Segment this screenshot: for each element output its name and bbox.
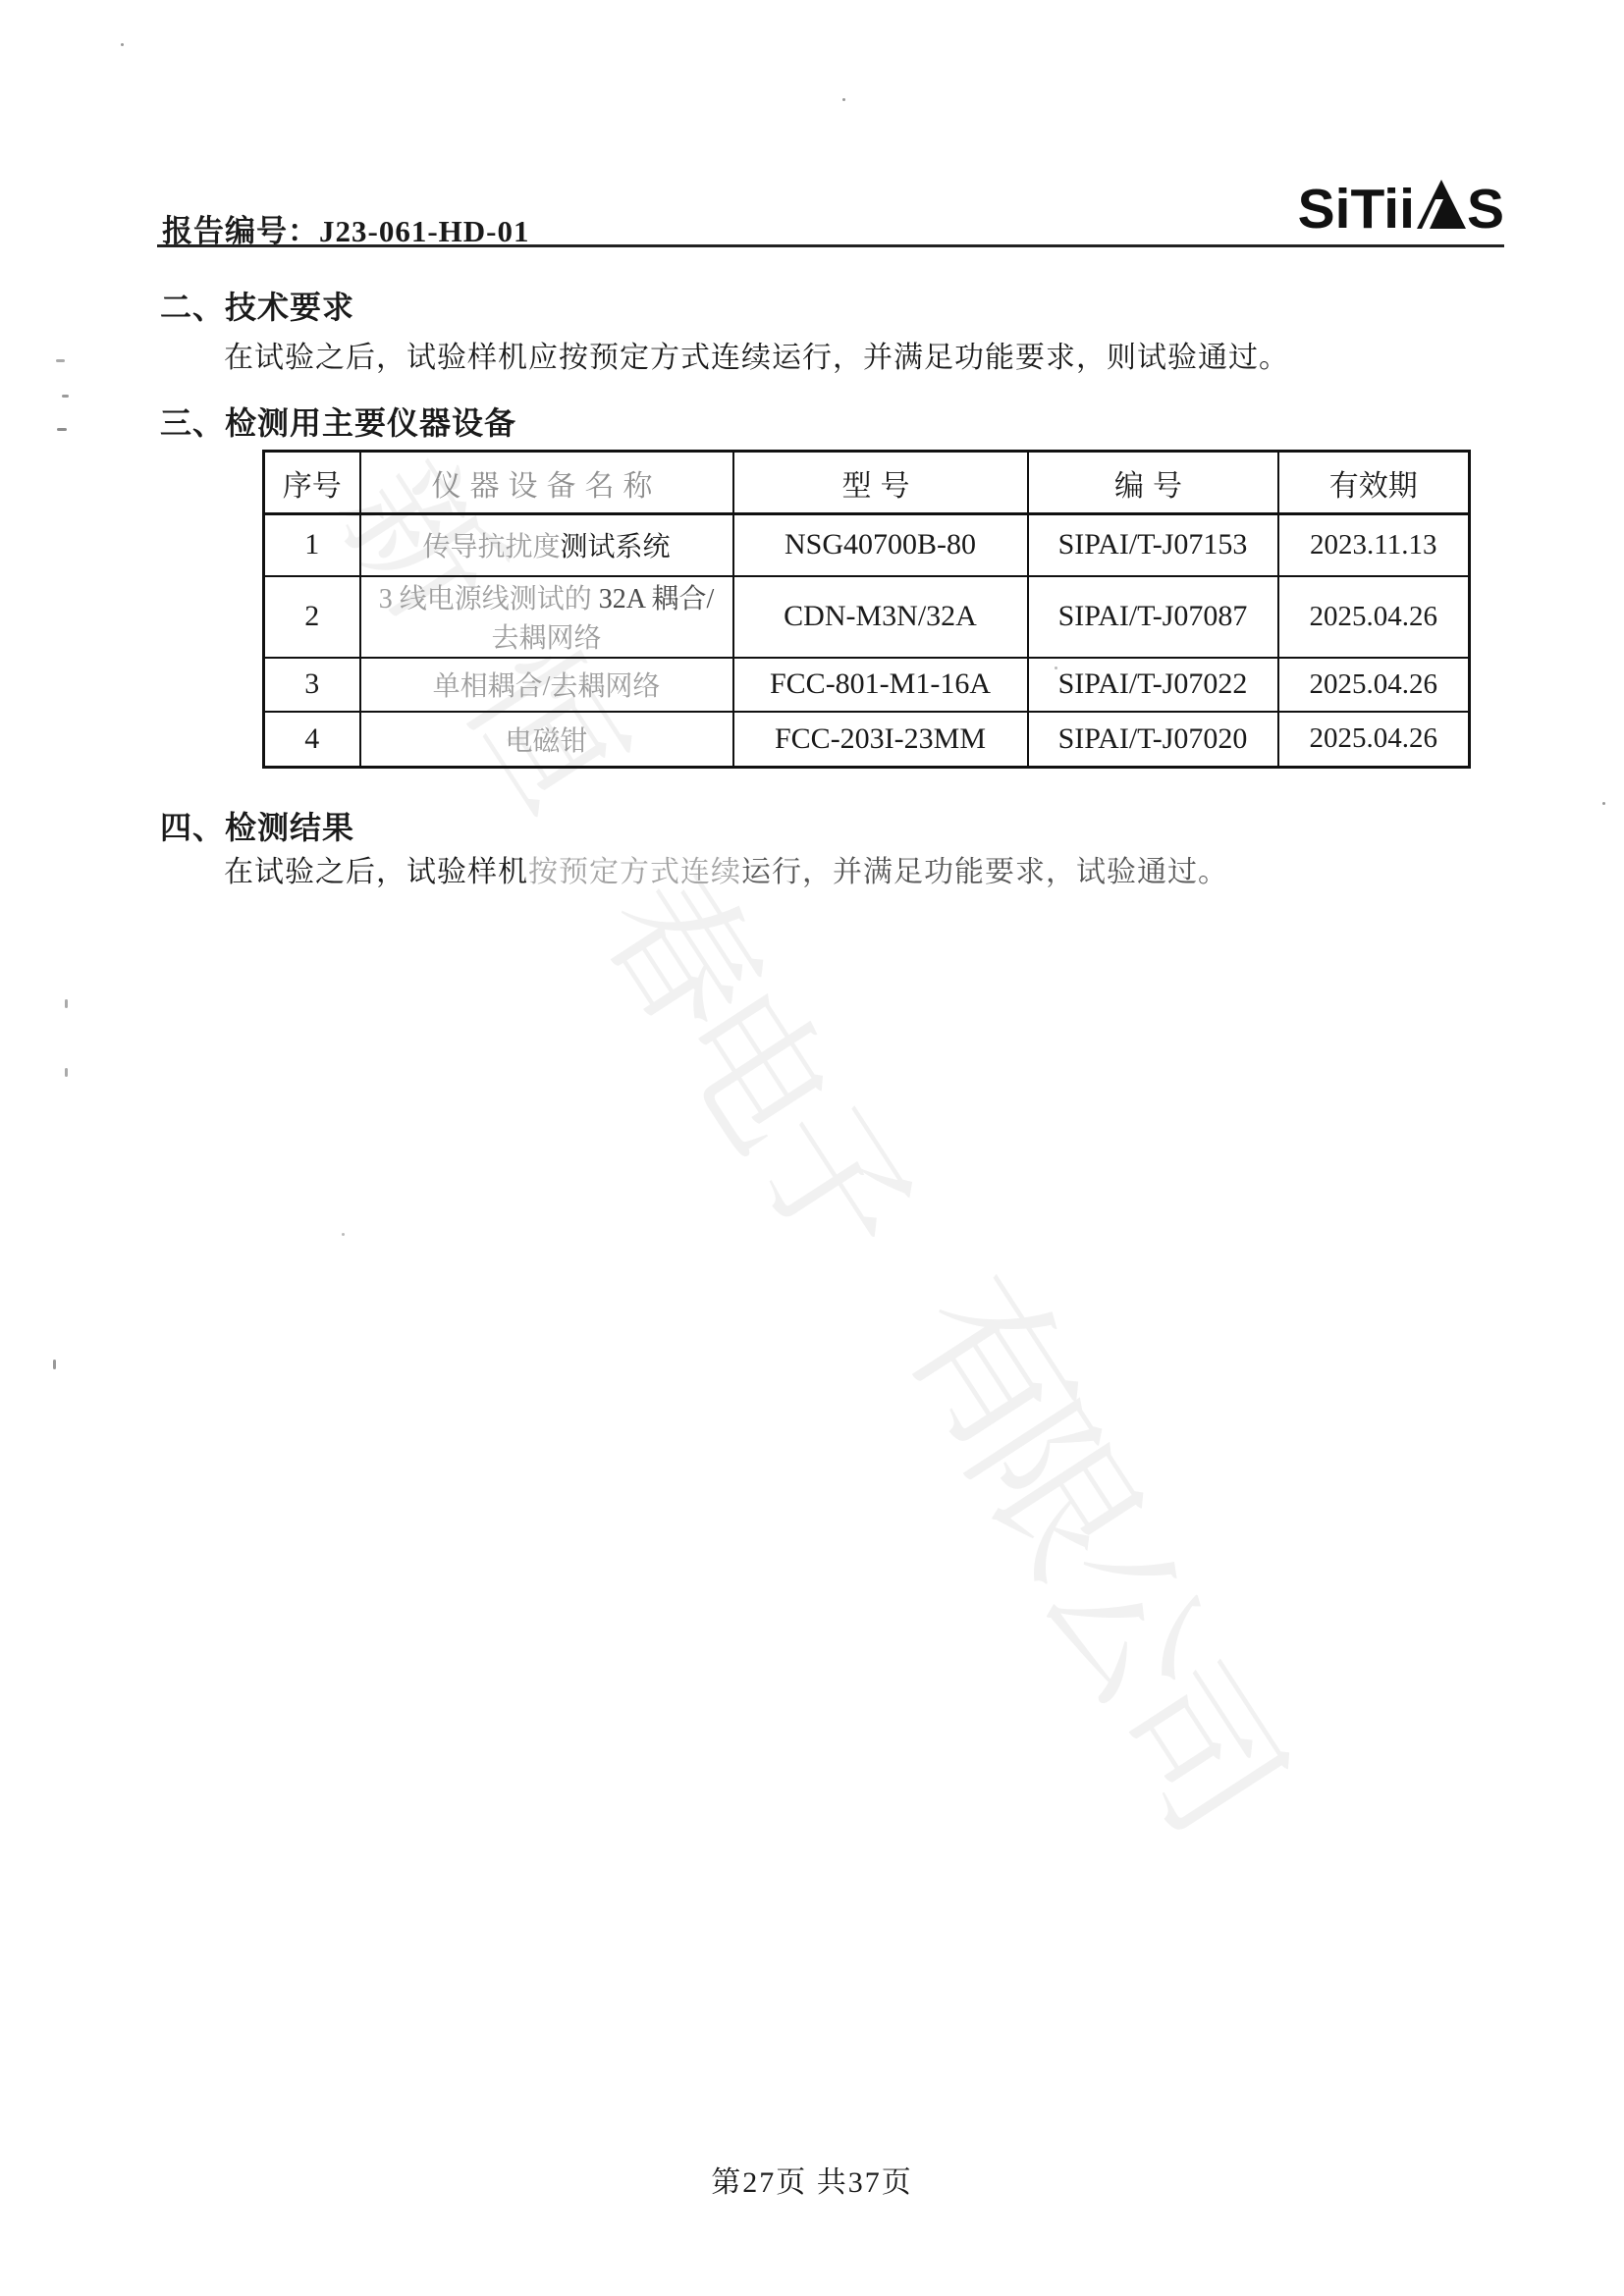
cell-index: 2 — [264, 576, 360, 658]
cell-equipment-name: 单相耦合/去耦网络 — [360, 658, 733, 712]
cell-serial: SIPAI/T-J07020 — [1028, 712, 1278, 768]
result-paragraph: 在试验之后，试验样机按预定方式连续运行，并满足功能要求，试验通过。 — [224, 847, 1228, 890]
name-segment: 电磁钳 — [505, 726, 587, 757]
logo-text-left: SiTii — [1298, 184, 1415, 235]
col-header-serial: 编号 — [1028, 452, 1278, 514]
cell-equipment-name: 3 线电源线测试的 32A 耦合/ 去耦网络 — [360, 576, 733, 658]
cell-equipment-name: 电磁钳 — [360, 712, 733, 768]
cell-validity: 2025.04.26 — [1278, 576, 1470, 658]
logo-text-right: S — [1467, 184, 1504, 235]
cell-validity: 2025.04.26 — [1278, 712, 1470, 768]
name-segment: 测试系统 — [561, 532, 671, 562]
result-segment: 按预定方式连续 — [528, 856, 741, 888]
cell-equipment-name: 传导抗扰度测试系统 — [360, 514, 733, 576]
table-row: 3 单相耦合/去耦网络 FCC-801-M1-16A SIPAI/T-J0702… — [264, 658, 1470, 712]
result-segment: 运行，并满足功能要求，试验通过。 — [741, 856, 1228, 888]
cell-model: FCC-801-M1-16A — [733, 658, 1028, 712]
scan-speckle — [1602, 802, 1605, 805]
cell-validity: 2023.11.13 — [1278, 514, 1470, 576]
scan-speckle — [56, 359, 65, 362]
name-segment: 单相耦合/去耦网络 — [433, 671, 661, 702]
col-header-model: 型号 — [733, 452, 1028, 514]
name-segment: 传导抗扰度 — [422, 532, 560, 562]
col-header-validity: 有效期 — [1278, 452, 1470, 514]
section-heading-result: 四、检测结果 — [160, 803, 354, 848]
name-segment: 32A 耦合/ — [599, 584, 714, 614]
table-row: 2 3 线电源线测试的 32A 耦合/ 去耦网络 CDN-M3N/32A SIP… — [264, 576, 1470, 658]
cell-model: FCC-203I-23MM — [733, 712, 1028, 768]
cell-serial: SIPAI/T-J07153 — [1028, 514, 1278, 576]
report-page: 新 恒 春 电 子 有 限 公 司 报告编号：J23-061-HD-01 SiT… — [0, 0, 1624, 2296]
page-number: 第27页 共37页 — [0, 2158, 1624, 2201]
company-logo: SiTii S — [1298, 180, 1504, 235]
scan-speckle — [65, 999, 68, 1008]
cell-serial: SIPAI/T-J07087 — [1028, 576, 1278, 658]
col-header-equipment-name: 仪器设备名称 — [360, 452, 733, 514]
cell-index: 1 — [264, 514, 360, 576]
scan-speckle — [57, 428, 67, 431]
table-row: 4 电磁钳 FCC-203I-23MM SIPAI/T-J07020 2025.… — [264, 712, 1470, 768]
name-segment: 3 线电源线测试的 — [379, 584, 599, 614]
name-segment: 去耦网络 — [491, 623, 601, 654]
scan-speckle — [342, 1233, 345, 1236]
logo-triangle-a-icon — [1417, 180, 1466, 236]
tech-requirements-paragraph: 在试验之后，试验样机应按预定方式连续运行，并满足功能要求，则试验通过。 — [224, 333, 1289, 376]
scan-speckle — [62, 395, 69, 398]
scan-speckle — [842, 98, 845, 101]
section-heading-equipment: 三、检测用主要仪器设备 — [160, 399, 516, 444]
col-header-index: 序号 — [264, 452, 360, 514]
table-row: 1 传导抗扰度测试系统 NSG40700B-80 SIPAI/T-J07153 … — [264, 514, 1470, 576]
section-heading-tech-requirements: 二、技术要求 — [160, 283, 354, 328]
header-divider — [157, 244, 1504, 247]
cell-model: NSG40700B-80 — [733, 514, 1028, 576]
scan-speckle — [121, 43, 124, 46]
scan-speckle — [53, 1360, 56, 1369]
cell-index: 4 — [264, 712, 360, 768]
cell-validity: 2025.04.26 — [1278, 658, 1470, 712]
result-segment: 在试验之后，试验样机 — [224, 856, 528, 888]
cell-model: CDN-M3N/32A — [733, 576, 1028, 658]
cell-index: 3 — [264, 658, 360, 712]
table-header-row: 序号 仪器设备名称 型号 编号 有效期 — [264, 452, 1470, 514]
cell-serial: SIPAI/T-J07022 — [1028, 658, 1278, 712]
scan-speckle — [65, 1068, 68, 1077]
equipment-table: 序号 仪器设备名称 型号 编号 有效期 1 传导抗扰度测试系统 NSG40700… — [262, 450, 1471, 769]
